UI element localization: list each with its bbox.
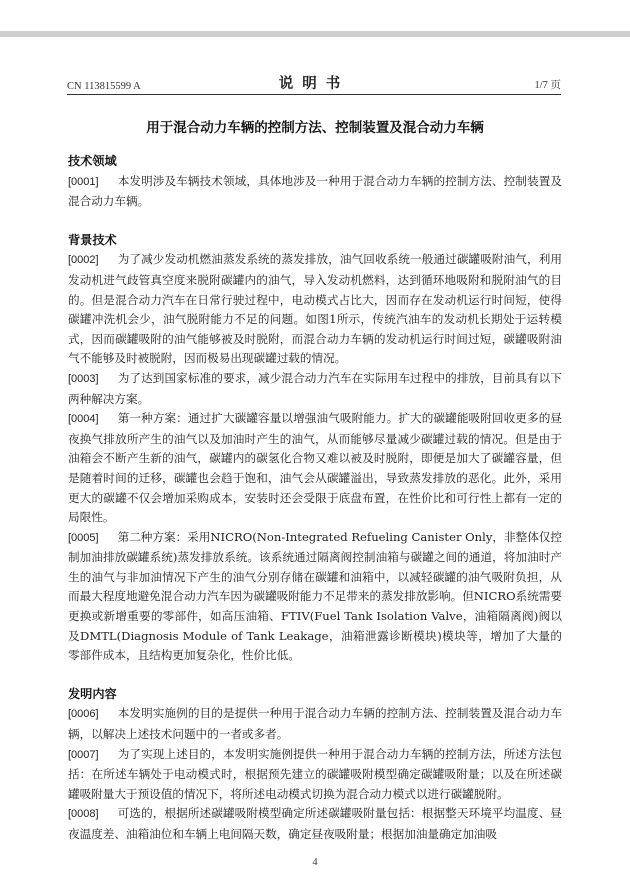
document-type: 说明书: [67, 72, 561, 93]
paragraph-number: [0004]: [68, 413, 99, 425]
paragraph-number: [0007]: [68, 749, 99, 761]
paragraph-text: 第一种方案：通过扩大碳罐容量以增强油气吸附能力。扩大的碳罐能吸附回收更多的昼夜换…: [68, 411, 562, 524]
section-heading: 背景技术: [68, 231, 562, 251]
document-body: 技术领域 [0001]本发明涉及车辆技术领域，具体地涉及一种用于混合动力车辆的控…: [68, 152, 562, 845]
section-heading: 发明内容: [68, 685, 562, 705]
paragraph-text: 第二种方案：采用NICRO(Non-Integrated Refueling C…: [68, 530, 562, 663]
paragraph-text: 本发明实施例的目的是提供一种用于混合动力车辆的控制方法、控制装置及混合动力车辆，…: [68, 706, 562, 741]
paragraph-0006: [0006]本发明实施例的目的是提供一种用于混合动力车辆的控制方法、控制装置及混…: [68, 704, 562, 744]
paragraph-number: [0005]: [68, 532, 99, 544]
paragraph-0007: [0007]为了实现上述目的，本发明实施例提供一种用于混合动力车辆的控制方法，所…: [68, 745, 562, 805]
paragraph-0003: [0003]为了达到国家标准的要求，减少混合动力汽车在实际用车过程中的排放，目前…: [68, 369, 562, 409]
viewer-top-bar: [0, 31, 630, 37]
paragraph-number: [0003]: [68, 373, 99, 385]
paragraph-text: 为了实现上述目的，本发明实施例提供一种用于混合动力车辆的控制方法，所述方法包括：…: [68, 747, 562, 801]
page-indicator: 1/7 页: [534, 77, 561, 92]
paragraph-number: [0008]: [68, 808, 99, 820]
page-number: 4: [0, 857, 630, 868]
paragraph-text: 为了减少发动机燃油蒸发系统的蒸发排放，油气回收系统一般通过碳罐吸附油气，利用发动…: [68, 252, 562, 365]
paragraph-number: [0006]: [68, 708, 99, 720]
paragraph-0005: [0005]第二种方案：采用NICRO(Non-Integrated Refue…: [68, 528, 562, 666]
paragraph-0002: [0002]为了减少发动机燃油蒸发系统的蒸发排放，油气回收系统一般通过碳罐吸附油…: [68, 250, 562, 369]
paragraph-number: [0002]: [68, 254, 99, 266]
paragraph-text: 可选的，根据所述碳罐吸附模型确定所述碳罐吸附量包括：根据整天环境平均温度、昼夜温…: [68, 806, 562, 841]
paragraph-0001: [0001]本发明涉及车辆技术领域，具体地涉及一种用于混合动力车辆的控制方法、控…: [68, 172, 562, 212]
page-header: CN 113815599 A 说明书 1/7 页: [67, 76, 561, 95]
paragraph-text: 本发明涉及车辆技术领域，具体地涉及一种用于混合动力车辆的控制方法、控制装置及混合…: [68, 174, 562, 209]
document-title: 用于混合动力车辆的控制方法、控制装置及混合动力车辆: [0, 116, 630, 136]
paragraph-text: 为了达到国家标准的要求，减少混合动力汽车在实际用车过程中的排放，目前具有以下两种…: [68, 371, 562, 406]
section-heading: 技术领域: [68, 152, 562, 172]
paragraph-number: [0001]: [68, 176, 99, 188]
paragraph-0008: [0008]可选的，根据所述碳罐吸附模型确定所述碳罐吸附量包括：根据整天环境平均…: [68, 804, 562, 844]
paragraph-0004: [0004]第一种方案：通过扩大碳罐容量以增强油气吸附能力。扩大的碳罐能吸附回收…: [68, 409, 562, 528]
